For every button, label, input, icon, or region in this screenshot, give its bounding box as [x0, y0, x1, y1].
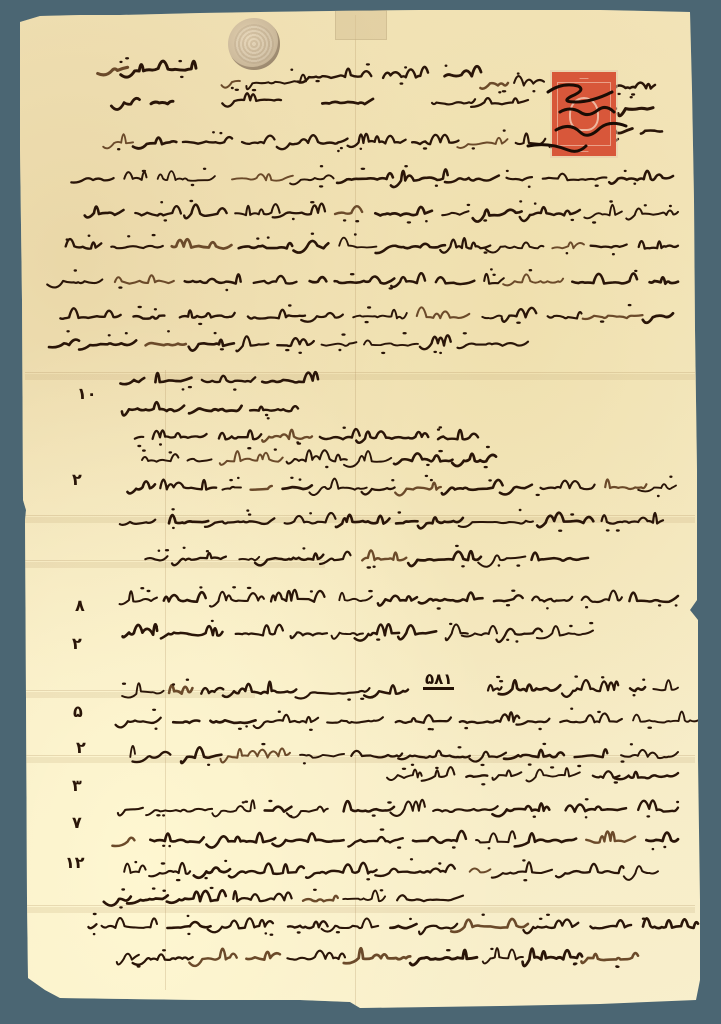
margin-numeral: ۲ — [72, 472, 82, 488]
handwritten-line — [120, 822, 680, 852]
margin-numeral: ۲ — [76, 740, 86, 756]
handwritten-line — [420, 84, 530, 114]
handwritten-line — [228, 68, 308, 90]
stamp-top-text: ـــــ — [552, 74, 616, 81]
handwritten-line — [125, 502, 665, 534]
revenue-stamp: ـــــ ـــــ — [552, 72, 616, 156]
handwritten-line — [120, 852, 660, 884]
handwritten-line — [228, 88, 283, 108]
handwritten-line — [438, 60, 483, 84]
margin-numeral: ۲ — [72, 636, 82, 652]
handwritten-line — [115, 882, 465, 910]
handwritten-line — [80, 160, 675, 190]
margin-numeral: ۱۲ — [65, 855, 85, 871]
margin-numeral: ۵ — [73, 704, 83, 720]
handwritten-line — [315, 90, 375, 110]
handwritten-line — [60, 228, 680, 258]
underlined-number: ۵۸۱ — [423, 672, 454, 690]
handwritten-line — [125, 615, 595, 645]
handwritten-line — [480, 668, 680, 702]
handwritten-line — [120, 90, 175, 110]
aged-paper-sheet: ـــــ ـــــ ۵۸۱ ۱۰۲۸۲۵۲۳۷۱۲ — [0, 0, 721, 1024]
stamp-emblem-icon — [569, 97, 599, 131]
handwritten-line — [90, 908, 700, 938]
handwritten-line — [140, 540, 590, 570]
handwritten-line — [120, 938, 640, 970]
handwritten-line — [55, 298, 675, 328]
handwritten-line — [125, 392, 300, 420]
handwritten-line — [55, 262, 680, 294]
handwritten-line — [118, 468, 678, 500]
handwritten-line — [110, 125, 620, 153]
margin-numeral: ۷ — [72, 815, 82, 831]
handwritten-line — [108, 52, 198, 80]
handwritten-line — [120, 700, 700, 734]
handwritten-line — [125, 580, 680, 612]
margin-numeral: ۸ — [75, 598, 85, 614]
margin-numeral: ۱۰ — [77, 386, 97, 402]
handwritten-line — [60, 328, 530, 354]
stamp-bottom-text: ـــــ — [552, 147, 616, 154]
handwritten-line — [130, 366, 320, 390]
handwritten-line — [120, 790, 680, 822]
handwritten-line — [305, 60, 430, 86]
handwritten-line — [612, 78, 657, 92]
handwritten-line — [390, 760, 680, 786]
handwritten-line — [90, 195, 680, 225]
margin-numeral: ۳ — [72, 778, 82, 794]
document-viewer: ـــــ ـــــ ۵۸۱ ۱۰۲۸۲۵۲۳۷۱۲ — [0, 0, 721, 1024]
